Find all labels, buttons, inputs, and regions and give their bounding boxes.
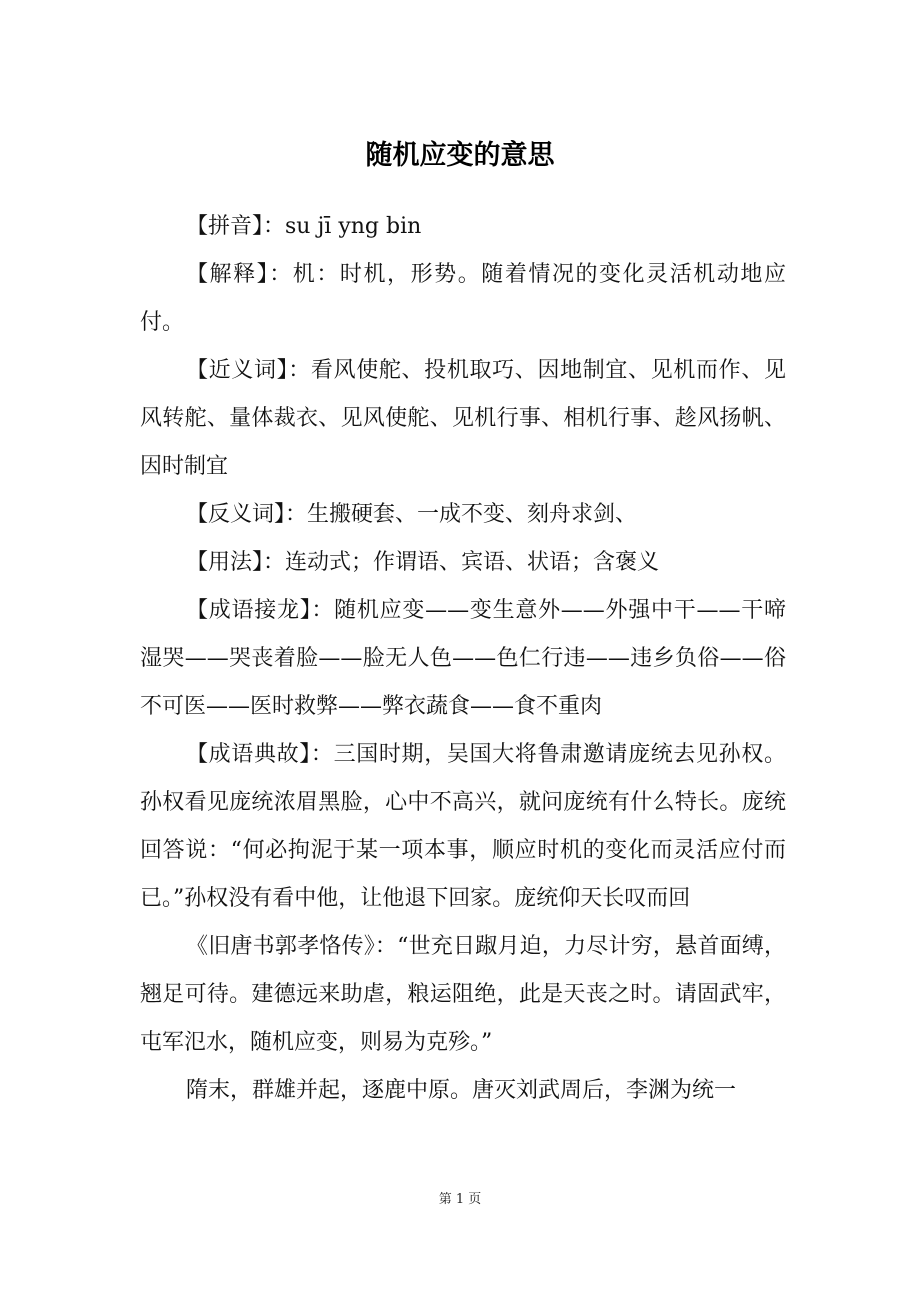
paragraph-text: 连动式；作谓语、宾语、状语；含褒义 <box>285 550 659 575</box>
paragraph-idiom-chain: 【成语接龙】：随机应变——变生意外——外强中干——干啼湿哭——哭丧着脸——脸无人… <box>140 587 786 731</box>
paragraph-text: 《旧唐书郭孝恪传》：“世充日踧月迫，力尽计穷，悬首面缚，翘足可待。建德远来助虐，… <box>140 934 786 1055</box>
document-title: 随机应变的意思 <box>0 136 920 176</box>
paragraph-usage: 【用法】：连动式；作谓语、宾语、状语；含褒义 <box>140 539 786 587</box>
document-body: 【拼音】：su jī yng bin 【解释】：机：时机，形势。随着情况的变化灵… <box>140 203 786 1115</box>
paragraph-text: 隋末，群雄并起，逐鹿中原。唐灭刘武周后，李渊为统一 <box>186 1078 736 1103</box>
paragraph-text: su jī yng bin <box>285 214 421 239</box>
paragraph-label: 【反义词】： <box>186 502 307 527</box>
paragraph-label: 【拼音】： <box>186 214 285 239</box>
paragraph-text: 生搬硬套、一成不变、刻舟求剑、 <box>307 502 637 527</box>
paragraph-text: 三国时期，吴国大将鲁肃邀请庞统去见孙权。孙权看见庞统浓眉黑脸，心中不高兴，就问庞… <box>140 742 786 911</box>
paragraph-explanation: 【解释】：机：时机，形势。随着情况的变化灵活机动地应付。 <box>140 251 786 347</box>
paragraph-label: 【成语接龙】： <box>186 598 334 623</box>
paragraph-label: 【用法】： <box>186 550 285 575</box>
paragraph-label: 【解释】： <box>186 262 293 287</box>
document-page: 随机应变的意思 【拼音】：su jī yng bin 【解释】：机：时机，形势。… <box>0 0 920 1302</box>
paragraph-antonyms: 【反义词】：生搬硬套、一成不变、刻舟求剑、 <box>140 491 786 539</box>
paragraph-pinyin: 【拼音】：su jī yng bin <box>140 203 786 251</box>
paragraph-label: 【近义词】： <box>186 358 311 383</box>
paragraph-history: 隋末，群雄并起，逐鹿中原。唐灭刘武周后，李渊为统一 <box>140 1067 786 1115</box>
paragraph-synonyms: 【近义词】：看风使舵、投机取巧、因地制宜、见机而作、见风转舵、量体裁衣、见风使舵… <box>140 347 786 491</box>
page-number: 第 1 页 <box>0 1190 920 1210</box>
paragraph-allusion: 【成语典故】：三国时期，吴国大将鲁肃邀请庞统去见孙权。孙权看见庞统浓眉黑脸，心中… <box>140 731 786 923</box>
paragraph-quote: 《旧唐书郭孝恪传》：“世充日踧月迫，力尽计穷，悬首面缚，翘足可待。建德远来助虐，… <box>140 923 786 1067</box>
paragraph-label: 【成语典故】： <box>186 742 334 767</box>
